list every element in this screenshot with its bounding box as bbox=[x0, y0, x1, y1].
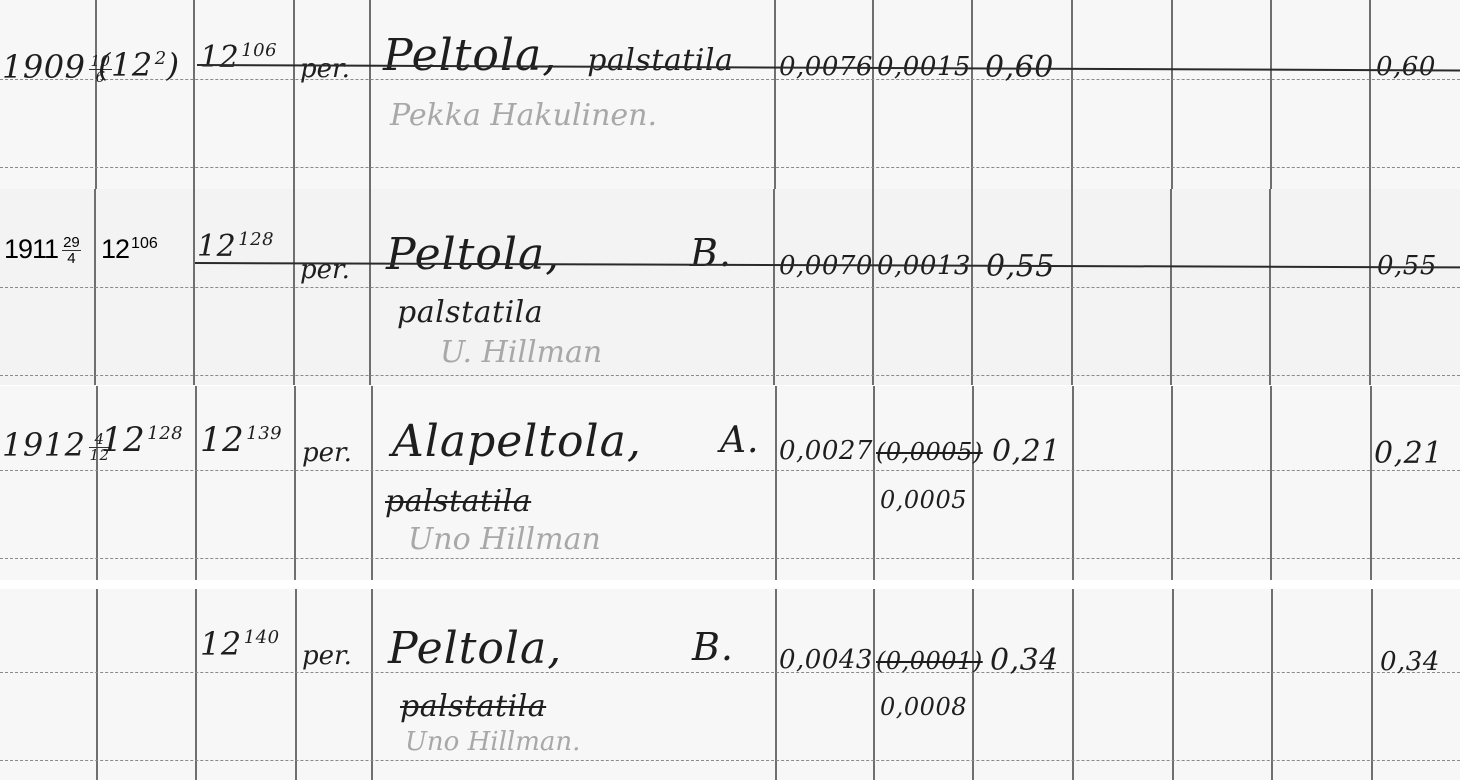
parcel-ref: 12139 bbox=[200, 420, 282, 460]
column-divider bbox=[195, 589, 197, 780]
row-total: 0,60 bbox=[1376, 52, 1436, 82]
entry-type: per. bbox=[300, 54, 350, 84]
column-divider bbox=[371, 589, 373, 780]
column-divider bbox=[1071, 0, 1073, 189]
column-divider bbox=[1371, 589, 1373, 780]
column-divider bbox=[1171, 0, 1173, 189]
value-c: 0,21 bbox=[992, 434, 1061, 469]
column-divider bbox=[1270, 0, 1272, 189]
ledger-row-1911: 1911294 12106 12128 per. Peltola, B. pal… bbox=[0, 189, 1460, 385]
column-divider bbox=[1072, 386, 1074, 580]
column-divider bbox=[972, 589, 974, 780]
entry-date: 1909106 bbox=[2, 48, 112, 86]
entry-type: per. bbox=[302, 641, 352, 671]
column-divider bbox=[775, 589, 777, 780]
column-divider bbox=[774, 0, 776, 189]
ruled-line bbox=[0, 470, 1460, 471]
property-subtitle-struck: palstatila bbox=[400, 689, 546, 724]
row-total: 0,34 bbox=[1380, 647, 1440, 677]
property-name: Peltola, bbox=[388, 623, 562, 674]
property-name: Peltola, palstatila bbox=[383, 30, 733, 81]
column-divider bbox=[294, 386, 296, 580]
owner-name-pencil: Uno Hillman. bbox=[405, 727, 580, 757]
owner-initial: A. bbox=[720, 420, 759, 461]
column-divider bbox=[95, 0, 97, 189]
value-b-struck: (0,0001) bbox=[876, 647, 983, 675]
value-a: 0,0027 bbox=[779, 436, 873, 466]
column-divider bbox=[193, 0, 195, 189]
column-divider bbox=[1270, 386, 1272, 580]
parcel-ref: 12140 bbox=[200, 625, 280, 663]
value-b-struck: (0,0005) bbox=[876, 438, 983, 466]
column-divider bbox=[195, 386, 197, 580]
value-a: 0,0043 bbox=[779, 645, 873, 675]
column-divider bbox=[1370, 386, 1372, 580]
property-subtitle-struck: palstatila bbox=[385, 484, 531, 519]
owner-initial: B. bbox=[692, 625, 734, 669]
column-divider bbox=[1271, 589, 1273, 780]
column-divider bbox=[972, 386, 974, 580]
previous-parcel-ref: (122) bbox=[98, 46, 180, 84]
ruled-line bbox=[0, 375, 1460, 376]
column-divider bbox=[96, 589, 98, 780]
ledger-row-1912: 1912412 12128 12139 per. Alapeltola, A. … bbox=[0, 386, 1460, 580]
property-name: Peltola, bbox=[386, 229, 560, 280]
entry-type: per. bbox=[300, 255, 350, 285]
entry-type: per. bbox=[302, 438, 352, 468]
column-divider bbox=[369, 0, 371, 189]
column-divider bbox=[1369, 0, 1371, 189]
ruled-line bbox=[0, 167, 1460, 168]
column-divider bbox=[971, 0, 973, 189]
row-total: 0,21 bbox=[1374, 436, 1443, 471]
column-divider bbox=[873, 386, 875, 580]
parcel-ref: 12106 bbox=[200, 40, 277, 75]
ruled-line bbox=[0, 287, 1460, 288]
value-c: 0,34 bbox=[990, 643, 1059, 678]
parcel-ref: 12128 bbox=[197, 229, 274, 264]
entry-date: 1912412 bbox=[2, 426, 110, 464]
column-divider bbox=[1171, 386, 1173, 580]
value-b-corrected: 0,0005 bbox=[880, 486, 967, 514]
column-divider bbox=[1172, 589, 1174, 780]
column-divider bbox=[295, 589, 297, 780]
owner-name-pencil: Pekka Hakulinen. bbox=[390, 98, 657, 133]
owner-name-pencil: U. Hillman bbox=[440, 335, 602, 370]
ruled-line bbox=[0, 672, 1460, 673]
column-divider bbox=[873, 589, 875, 780]
entry-date-printed: 1911294 bbox=[4, 234, 81, 266]
previous-parcel-ref-printed: 12106 bbox=[101, 234, 158, 265]
ruled-line bbox=[0, 558, 1460, 559]
owner-initial: B. bbox=[690, 231, 732, 275]
value-b-corrected: 0,0008 bbox=[880, 693, 967, 721]
owner-name-pencil: Uno Hillman bbox=[408, 522, 601, 557]
column-divider bbox=[96, 386, 98, 580]
ledger-row-1909: 1909106 (122) 12106 per. Peltola, palsta… bbox=[0, 0, 1460, 189]
ledger-row-continuation: 12140 per. Peltola, B. palstatila Uno Hi… bbox=[0, 589, 1460, 780]
property-subtitle: palstatila bbox=[397, 295, 543, 330]
column-divider bbox=[872, 0, 874, 189]
column-divider bbox=[775, 386, 777, 580]
column-divider bbox=[1072, 589, 1074, 780]
property-name: Alapeltola, bbox=[392, 416, 642, 467]
column-divider bbox=[371, 386, 373, 580]
ruled-line bbox=[0, 760, 1460, 761]
previous-parcel-ref: 12128 bbox=[101, 420, 183, 460]
column-divider bbox=[293, 0, 295, 189]
